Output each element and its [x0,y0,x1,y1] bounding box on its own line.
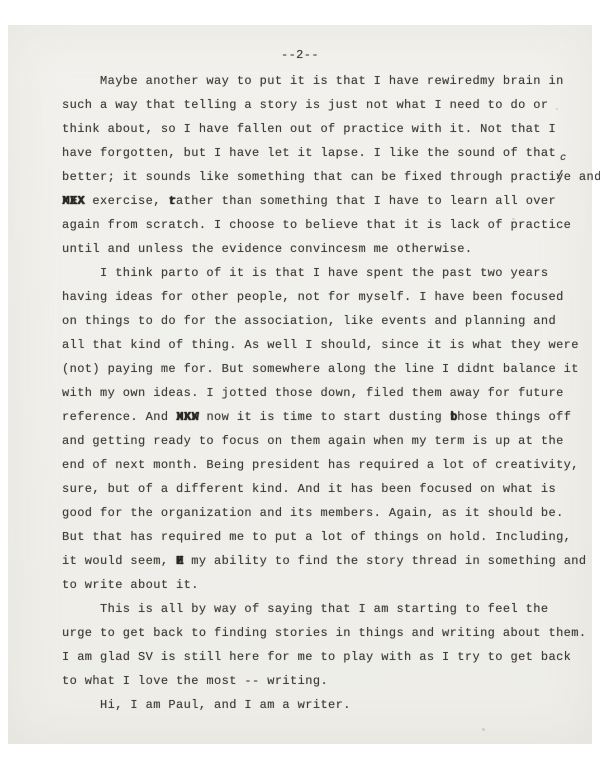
paper-speck [556,108,558,110]
text-line: This is all by way of saying that I am s… [62,597,578,621]
text-line: sure, but of a different kind. And it ha… [62,477,578,501]
text-line: such a way that telling a story is just … [62,93,578,117]
text-line: I think parto of it is that I have spent… [62,261,578,285]
text-line: Maybe another way to put it is that I ha… [62,69,578,93]
text-line: all that kind of thing. As well I should… [62,333,578,357]
text-line: with my own ideas. I jotted those down, … [62,381,578,405]
document-body: Maybe another way to put it is that I ha… [62,69,578,717]
overstrike-correction: bt [450,405,458,429]
text-line: But that has required me to put a lot of… [62,525,578,549]
text-line: think about, so I have fallen out of pra… [62,117,578,141]
text-line: reference. And HKWXXX now it is time to … [62,405,578,429]
text-line: Hi, I am Paul, and I am a writer. [62,693,578,717]
paper-speck [512,218,515,220]
typed-correction: y/c [556,165,564,189]
text-line: urge to get back to finding stories in t… [62,621,578,645]
text-line: MEXXXX exercise, rtather than something … [62,189,578,213]
paragraph: Hi, I am Paul, and I am a writer. [62,693,578,717]
text-line: it would seem, EM my ability to find the… [62,549,578,573]
text-line: until and unless the evidence convincesm… [62,237,578,261]
paper-speck [482,728,485,731]
typewritten-page: --2-- Maybe another way to put it is tha… [8,25,592,744]
overstrike-correction: MEXXXX [62,189,85,213]
paragraph: This is all by way of saying that I am s… [62,597,578,693]
page-number-header: --2-- [8,43,592,67]
text-line: and getting ready to focus on them again… [62,429,578,453]
text-line: (not) paying me for. But somewhere along… [62,357,578,381]
overstrike-correction: rt [168,189,176,213]
text-line: on things to do for the association, lik… [62,309,578,333]
text-line: have forgotten, but I have let it lapse.… [62,141,578,165]
overstrike-correction: HKWXXX [176,405,199,429]
text-line: having ideas for other people, not for m… [62,285,578,309]
text-line: end of next month. Being president has r… [62,453,578,477]
text-line: good for the organization and its member… [62,501,578,525]
overstrike-correction: EM [176,549,184,573]
text-line: to write about it. [62,573,578,597]
paragraph: I think parto of it is that I have spent… [62,261,578,597]
text-line: again from scratch. I choose to believe … [62,213,578,237]
paragraph: Maybe another way to put it is that I ha… [62,69,578,261]
text-line: to what I love the most -- writing. [62,669,578,693]
text-line: better; it sounds like something that ca… [62,165,578,189]
text-line: I am glad SV is still here for me to pla… [62,645,578,669]
